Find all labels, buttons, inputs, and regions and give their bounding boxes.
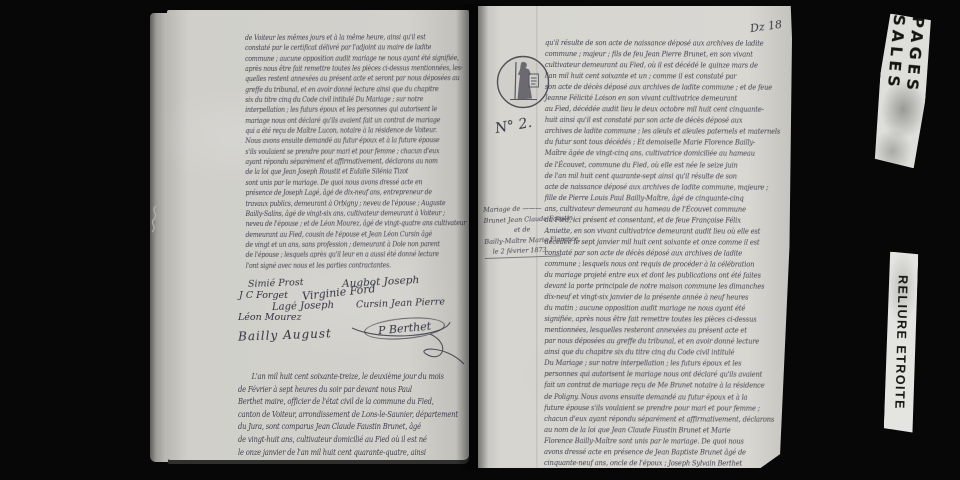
left-page-edge-stack [150,13,168,462]
handwritten-line: commune ; lesquels nous ont requis de pr… [544,258,759,270]
handwritten-line: archives de ladite commune ; les aïeuls … [545,125,760,137]
handwritten-line: future épouse s'ils voulaient se prendre… [544,402,759,414]
margin-paraph-mark [147,204,161,234]
handwritten-line: l'an mil huit cent soixante et un ; comm… [545,70,760,82]
handwritten-line: cultivateur demeurant au Fied, où il est… [545,59,760,71]
handwritten-line: de vingt-huit ans, cultivateur domicilié… [238,434,435,447]
handwritten-line: l'ont signé avec nous et les parties con… [246,260,440,271]
handwritten-line: le onze janvier de l'an mil huit cent qu… [238,447,435,460]
handwritten-line: canton de Voiteur, arrondissement de Lon… [238,409,435,422]
signature: Cursin Jean Pierre [356,296,445,310]
handwritten-line: fille de Pierre Louis Paul Bailly-Maître… [545,192,760,204]
signatures-block: Simié ProstAugbot JosephJ C ForgetVirgin… [236,276,476,368]
handwritten-line: Jeanne Félicité Loison en son vivant cul… [545,92,760,104]
handwritten-line: neveu de l'épouse ; et de Léon Mourez, â… [246,218,440,229]
handwritten-line: présence de Joseph Lagé, âgé de dix-neuf… [245,187,439,198]
revenue-stamp-icon [495,54,551,110]
right-page: Dz 18 N° 2. Mariage de ———Brunet Jean Cl… [478,6,792,468]
signature: J C Forget [239,290,288,301]
handwritten-line: Bailly-Salins, âgé de vingt-six ans, cul… [246,208,440,219]
folio-number: Dz 18 [749,18,783,35]
left-page: de Voiteur les mêmes jours et à la même … [167,10,469,460]
handwritten-line: de Poligny. Nous avons ensuite demandé a… [544,390,759,402]
handwritten-line: cinquante-neuf ans, oncle de l'époux ; J… [544,457,759,469]
handwritten-line: huit ainsi qu'il est constaté par son ac… [545,114,760,126]
handwritten-line: acte de naissance déposé aux archives de… [545,181,760,193]
handwritten-line: commune ; majeur ; fils de feu Jean Pier… [545,48,760,60]
second-act-opening-text: L'an mil huit cent soixante-treize, le d… [238,371,435,459]
handwritten-line: fait un contrat de mariage reçu de Me Br… [544,379,759,391]
handwritten-line: par nous déposées au greffe du tribunal,… [544,335,759,347]
handwritten-line: Du Mariage ; sur notre interpellation ; … [544,357,759,369]
handwritten-line: du Jura, sont comparus Jean Claude Faust… [238,421,435,434]
page-fold-crease [536,6,539,468]
handwritten-line: au nom de la loi que Jean Claude Faustin… [544,424,759,436]
handwritten-line: qu'il résulte de son acte de naissance d… [545,37,760,49]
handwritten-line: personnes qui autorisent le mariage nous… [544,368,759,380]
handwritten-line: de l'Écouvet, commune du Fied, où elle e… [545,159,760,171]
handwritten-line: chacun d'eux ayant répondu séparément et… [544,413,759,425]
signature: Simié Prost [248,277,304,290]
handwritten-line: Maître âgée de vingt-cinq ans, cultivatr… [545,147,760,159]
archive-label-reliure-etroite: RELIURE ETROITE [884,252,919,435]
signature: Léon Mourez [238,312,302,323]
handwritten-line: de l'épouse ; lesquels après qu'il leur … [246,249,440,260]
handwritten-line: constaté par son acte de décès déposé au… [545,247,760,259]
handwritten-line: Amiette, en son vivant cultivatrice deme… [545,225,760,237]
handwritten-line: avons dressé acte en présence de Jean Ba… [544,446,759,458]
handwritten-line: du Fied, ici présent et consentant, et d… [545,214,760,226]
handwritten-line: de Février à sept heures du soir par dev… [238,384,435,397]
handwritten-line: signifiée, après nous être fait remettre… [544,313,759,325]
handwritten-line: devant la porte principale de notre mais… [544,280,759,292]
handwritten-line: L'an mil huit cent soixante-treize, le d… [238,371,435,384]
handwritten-line: Berthet maire, officier de l'état civil … [238,396,435,409]
archive-label-pages-sales: PAGES SALES [872,13,932,169]
handwritten-line: du mariage projeté entre eux et dont les… [544,269,759,281]
handwritten-line: travaux publics, demeurant à Orbigny ; n… [245,198,439,209]
marriage-act-text-left: de Voiteur les mêmes jours et à la même … [245,32,440,271]
handwritten-line: au Fied, décédée audit lieu le deux octo… [545,103,760,115]
signature: Bailly August [238,326,332,343]
handwritten-line: de l'an mil huit cent quarante-sept ains… [545,170,760,182]
act-number: N° 2. [494,115,533,137]
handwritten-line: décédée le sept janvier mil huit cent so… [545,236,760,248]
archive-label-text: RELIURE ETROITE [892,275,910,410]
handwritten-line: Florence Bailly-Maître sont unis par le … [544,435,759,447]
handwritten-line: son acte de décès déposé aux archives de… [545,81,760,93]
binding-gutter-shadow [456,4,490,470]
handwritten-line: de vingt et un ans, sans profession ; de… [246,239,440,250]
handwritten-line: du futur sont tous décédés ; Et demoisel… [545,136,760,148]
handwritten-line: dix-neuf et vingt-six janvier de la prés… [544,291,759,303]
marriage-act-text-right: qu'il résulte de son acte de naissance d… [544,37,760,468]
handwritten-line: demeurant au Fied, cousin de l'épouse et… [246,229,440,240]
handwritten-line: du matin ; aucune opposition audit maria… [544,302,759,314]
microfilm-scan-frame: de Voiteur les mêmes jours et à la même … [0,0,960,480]
handwritten-line: ainsi que du chapitre six du titre cinq … [544,346,759,358]
handwritten-line: ans, cultivateur demeurant au hameau de … [545,203,760,215]
handwritten-line: mentionnées, lesquelles resteront annexé… [544,324,759,336]
archive-label-text: PAGES SALES [877,14,928,169]
